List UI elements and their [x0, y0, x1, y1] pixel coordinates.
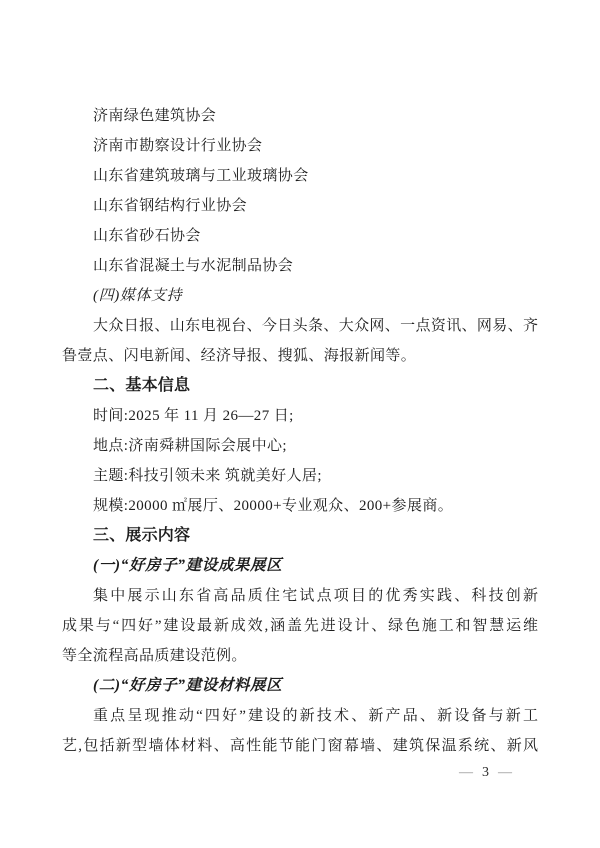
paragraph-line: 集中展示山东省高品质住宅试点项目的优秀实践、科技创新 [62, 581, 538, 611]
section-heading-exhibit-content: 三、展示内容 [62, 521, 538, 551]
association-name: 山东省建筑玻璃与工业玻璃协会 [62, 161, 538, 191]
association-name: 山东省砂石协会 [62, 221, 538, 251]
subsection-heading-materials-zone: (二)“好房子”建设材料展区 [62, 671, 538, 701]
media-list-line: 大众日报、山东电视台、今日头条、大众网、一点资讯、网易、齐 [62, 311, 538, 341]
page-number-dash-left: — [459, 758, 473, 788]
subsection-heading-media-support: (四)媒体支持 [62, 281, 538, 311]
media-list-line: 鲁壹点、闪电新闻、经济导报、搜狐、海报新闻等。 [62, 341, 538, 371]
paragraph-line: 成果与“四好”建设最新成效,涵盖先进设计、绿色施工和智慧运维 [62, 611, 538, 641]
info-location: 地点:济南舜耕国际会展中心; [62, 431, 538, 461]
page-number: — 3 — [459, 758, 512, 788]
paragraph-line: 艺,包括新型墙体材料、高性能节能门窗幕墙、建筑保温系统、新风 [62, 731, 538, 761]
document-body: 济南绿色建筑协会济南市勘察设计行业协会山东省建筑玻璃与工业玻璃协会山东省钢结构行… [62, 101, 538, 761]
page-number-value: 3 [482, 758, 489, 788]
document-page: 济南绿色建筑协会济南市勘察设计行业协会山东省建筑玻璃与工业玻璃协会山东省钢结构行… [0, 0, 600, 848]
info-time: 时间:2025 年 11 月 26—27 日; [62, 401, 538, 431]
association-name: 山东省混凝土与水泥制品协会 [62, 251, 538, 281]
subsection-heading-achievement-zone: (一)“好房子”建设成果展区 [62, 551, 538, 581]
paragraph-line: 重点呈现推动“四好”建设的新技术、新产品、新设备与新工 [62, 701, 538, 731]
page-number-dash-right: — [498, 758, 512, 788]
info-theme: 主题:科技引领未来 筑就美好人居; [62, 461, 538, 491]
info-scale: 规模:20000 ㎡展厅、20000+专业观众、200+参展商。 [62, 491, 538, 521]
association-name: 济南绿色建筑协会 [62, 101, 538, 131]
association-name: 山东省钢结构行业协会 [62, 191, 538, 221]
paragraph-line: 等全流程高品质建设范例。 [62, 641, 538, 671]
association-name: 济南市勘察设计行业协会 [62, 131, 538, 161]
section-heading-basic-info: 二、基本信息 [62, 371, 538, 401]
